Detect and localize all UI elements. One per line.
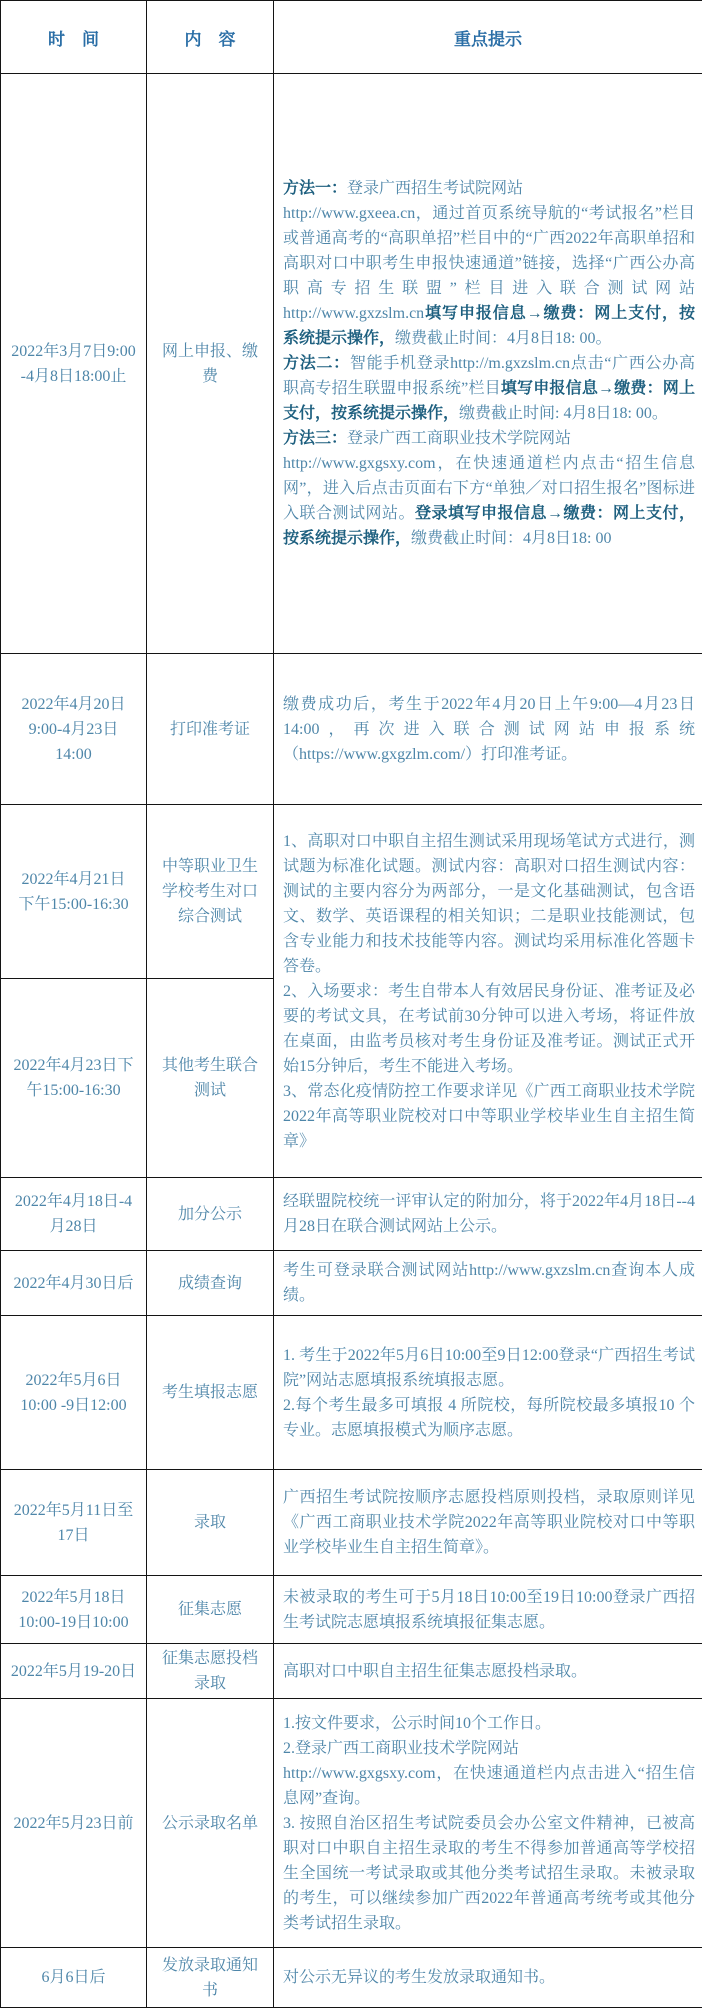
content-cell: 打印准考证 xyxy=(147,654,274,805)
table-row-admission: 2022年5月11日至 17日 录取 广西招生考试院按顺序志愿投档原则投档，录取… xyxy=(1,1470,702,1576)
time-cell: 2022年4月20日 9:00-4月23日 14:00 xyxy=(1,654,147,805)
table-row-score-query: 2022年4月30日后 成绩查询 考生可登录联合测试网站http://www.g… xyxy=(1,1251,702,1316)
time-cell: 2022年5月19-20日 xyxy=(1,1644,147,1699)
time-cell: 6月6日后 xyxy=(1,1948,147,2008)
header-tip: 重点提示 xyxy=(274,1,702,74)
table-row-send-notice: 6月6日后 发放录取通知书 对公示无异议的考生发放录取通知书。 xyxy=(1,1948,702,2008)
content-cell: 加分公示 xyxy=(147,1178,274,1251)
time-cell: 2022年3月7日9:00 -4月8日18:00止 xyxy=(1,74,147,654)
tip-cell: 1. 考生于2022年5月6日10:00至9日12:00登录“广西招生考试院”网… xyxy=(274,1316,702,1470)
time-cell: 2022年5月18日 10:00-19日10:00 xyxy=(1,1576,147,1644)
content-cell: 录取 xyxy=(147,1470,274,1576)
content-cell: 其他考生联合测试 xyxy=(147,979,274,1178)
header-time: 时 间 xyxy=(1,1,147,74)
tip-cell: 经联盟院校统一评审认定的附加分，将于2022年4月18日--4月28日在联合测试… xyxy=(274,1178,702,1251)
time-cell: 2022年5月6日 10:00 -9日12:00 xyxy=(1,1316,147,1470)
tip-cell: 方法一：登录广西招生考试院网站http://www.gxeea.cn，通过首页系… xyxy=(274,74,702,654)
content-cell: 公示录取名单 xyxy=(147,1699,274,1948)
table-row-online-application: 2022年3月7日9:00 -4月8日18:00止 网上申报、缴费 方法一：登录… xyxy=(1,74,702,654)
time-cell: 2022年4月30日后 xyxy=(1,1251,147,1316)
content-cell: 考生填报志愿 xyxy=(147,1316,274,1470)
time-cell: 2022年5月11日至 17日 xyxy=(1,1470,147,1576)
time-cell: 2022年5月23日前 xyxy=(1,1699,147,1948)
time-cell: 2022年4月23日下 午15:00-16:30 xyxy=(1,979,147,1178)
tip-cell: 高职对口中职自主招生征集志愿投档录取。 xyxy=(274,1644,702,1699)
time-cell: 2022年4月21日 下午15:00-16:30 xyxy=(1,805,147,979)
tip-cell: 未被录取的考生可于5月18日10:00至19日10:00登录广西招生考试院志愿填… xyxy=(274,1576,702,1644)
tip-cell: 考生可登录联合测试网站http://www.gxzslm.cn查询本人成绩。 xyxy=(274,1251,702,1316)
content-cell: 发放录取通知书 xyxy=(147,1948,274,2008)
content-cell: 征集志愿 xyxy=(147,1576,274,1644)
tip-cell: 对公示无异议的考生发放录取通知书。 xyxy=(274,1948,702,2008)
content-cell: 网上申报、缴费 xyxy=(147,74,274,654)
table-row-bonus-points: 2022年4月18日-4 月28日 加分公示 经联盟院校统一评审认定的附加分，将… xyxy=(1,1178,702,1251)
table-row-supplementary-preferences: 2022年5月18日 10:00-19日10:00 征集志愿 未被录取的考生可于… xyxy=(1,1576,702,1644)
tip-cell: 缴费成功后，考生于2022年4月20日上午9:00—4月23日14:00，再次进… xyxy=(274,654,702,805)
table-row-supplementary-admission: 2022年5月19-20日 征集志愿投档录取 高职对口中职自主招生征集志愿投档录… xyxy=(1,1644,702,1699)
content-cell: 中等职业卫生学校考生对口综合测试 xyxy=(147,805,274,979)
tip-cell: 广西招生考试院按顺序志愿投档原则投档，录取原则详见《广西工商职业技术学院2022… xyxy=(274,1470,702,1576)
table-row-fill-preferences: 2022年5月6日 10:00 -9日12:00 考生填报志愿 1. 考生于20… xyxy=(1,1316,702,1470)
admission-schedule-page: 时 间 内 容 重点提示 2022年3月7日9:00 -4月8日18:00止 网… xyxy=(0,0,702,2008)
content-cell: 征集志愿投档录取 xyxy=(147,1644,274,1699)
header-row: 时 间 内 容 重点提示 xyxy=(1,1,702,74)
content-cell: 成绩查询 xyxy=(147,1251,274,1316)
table-row-publicize-list: 2022年5月23日前 公示录取名单 1.按文件要求，公示时间10个工作日。 2… xyxy=(1,1699,702,1948)
tip-cell: 1.按文件要求，公示时间10个工作日。 2.登录广西工商职业技术学院网站http… xyxy=(274,1699,702,1948)
table-row-print-ticket: 2022年4月20日 9:00-4月23日 14:00 打印准考证 缴费成功后，… xyxy=(1,654,702,805)
table-row-health-school-test: 2022年4月21日 下午15:00-16:30 中等职业卫生学校考生对口综合测… xyxy=(1,805,702,979)
time-cell: 2022年4月18日-4 月28日 xyxy=(1,1178,147,1251)
schedule-table: 时 间 内 容 重点提示 2022年3月7日9:00 -4月8日18:00止 网… xyxy=(0,0,702,2008)
tip-cell-merged: 1、高职对口中职自主招生测试采用现场笔试方式进行，测试题为标准化试题。测试内容：… xyxy=(274,805,702,1178)
header-content: 内 容 xyxy=(147,1,274,74)
